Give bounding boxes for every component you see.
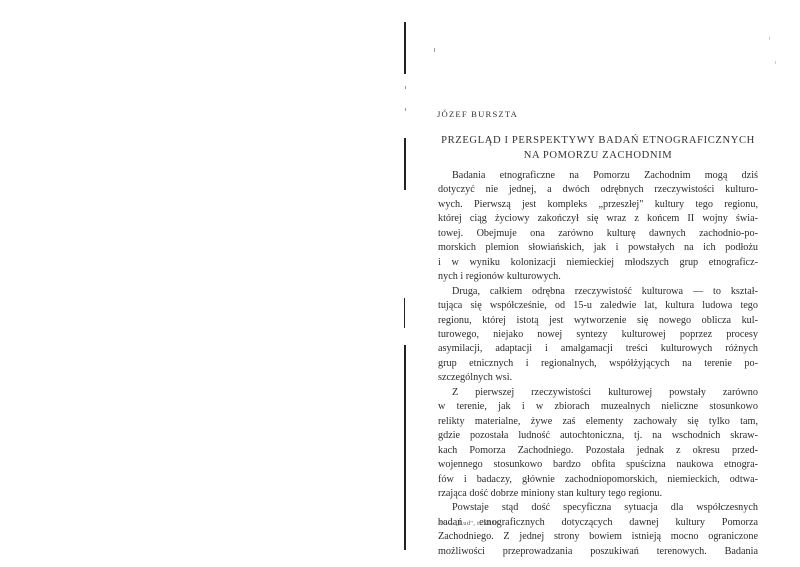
text-line: i w wyniku kolonizacji niemieckiej młods… <box>438 256 758 270</box>
article-title: PRZEGLĄD I PERSPEKTYWY BADAŃ ETNOGRAFICZ… <box>437 133 759 163</box>
paragraph-3: Z pierwszej rzeczywistości kulturowej po… <box>438 386 758 502</box>
binding-edge-mark <box>404 22 406 74</box>
text-line: Druga, całkiem odrębna rzeczywistość kul… <box>438 285 758 299</box>
text-line: towej. Obejmuje ona zarówno kulturę dawn… <box>438 227 758 241</box>
binding-edge-mark <box>404 298 405 328</box>
text-line: szczególnych wsi. <box>438 371 758 385</box>
paragraph-2: Druga, całkiem odrębna rzeczywistość kul… <box>438 285 758 386</box>
page-footer-signature: 27 — „Lud", t. XLIX <box>438 520 500 527</box>
text-line: Powstaje stąd dość specyficzna sytuacja … <box>438 501 758 515</box>
text-line: grup etnicznych i regionalnych, współżyj… <box>438 357 758 371</box>
binding-edge-mark <box>404 138 406 190</box>
text-line: fów i badaczy, głównie zachodniopomorski… <box>438 473 758 487</box>
article-body: Badania etnograficzne na Pomorzu Zachodn… <box>438 169 758 559</box>
text-line: turowego, niejako nowej syntezy kulturow… <box>438 328 758 342</box>
title-line-1: PRZEGLĄD I PERSPEKTYWY BADAŃ ETNOGRAFICZ… <box>437 133 759 148</box>
text-line: regionu, której istotą jest wytworzenie … <box>438 314 758 328</box>
scan-speck <box>775 61 776 64</box>
text-line: kach Pomorza Zachodniego. Pozostała jedn… <box>438 444 758 458</box>
text-line: rzająca dość dobrze miniony stan kultury… <box>438 487 758 501</box>
text-line: relikty materialne, żywe zaś elementy za… <box>438 415 758 429</box>
scan-speck <box>434 48 435 52</box>
scan-speck <box>769 37 770 40</box>
text-line: dotyczyć nie jednej, a dwóch odrębnych r… <box>438 183 758 197</box>
scan-speck <box>405 108 406 111</box>
text-line: tująca się współcześnie, od 15-u zaledwi… <box>438 299 758 313</box>
text-line: możliwości przeprowadzania poszukiwań te… <box>438 545 758 559</box>
author-name: JÓZEF BURSZTA <box>437 109 518 119</box>
text-line: nych i regionów kulturowych. <box>438 270 758 284</box>
title-line-2: NA POMORZU ZACHODNIM <box>437 148 759 163</box>
paragraph-1: Badania etnograficzne na Pomorzu Zachodn… <box>438 169 758 285</box>
text-line: gdzie pozostała ludność autochtoniczna, … <box>438 429 758 443</box>
paragraph-4: Powstaje stąd dość specyficzna sytuacja … <box>438 501 758 559</box>
scan-speck <box>405 86 406 89</box>
text-line: Z pierwszej rzeczywistości kulturowej po… <box>438 386 758 400</box>
text-line: w terenie, jak i w zbiorach muzealnych n… <box>438 400 758 414</box>
text-line: Badania etnograficzne na Pomorzu Zachodn… <box>438 169 758 183</box>
text-line: asymilacji, adaptacji i amalgamacji treś… <box>438 342 758 356</box>
scanned-page: JÓZEF BURSZTA PRZEGLĄD I PERSPEKTYWY BAD… <box>0 0 800 567</box>
text-line: wych. Pierwszą jest kompleks „przeszłej"… <box>438 198 758 212</box>
text-line: wojennego stosunkowo bardzo obfita spuśc… <box>438 458 758 472</box>
text-line: Zachodniego. Z jednej strony bowiem istn… <box>438 530 758 544</box>
binding-edge-mark <box>404 345 406 550</box>
text-line: której ciąg życiowy zakończył się wraz z… <box>438 212 758 226</box>
text-line: morskich plemion słowiańskich, jak i pow… <box>438 241 758 255</box>
